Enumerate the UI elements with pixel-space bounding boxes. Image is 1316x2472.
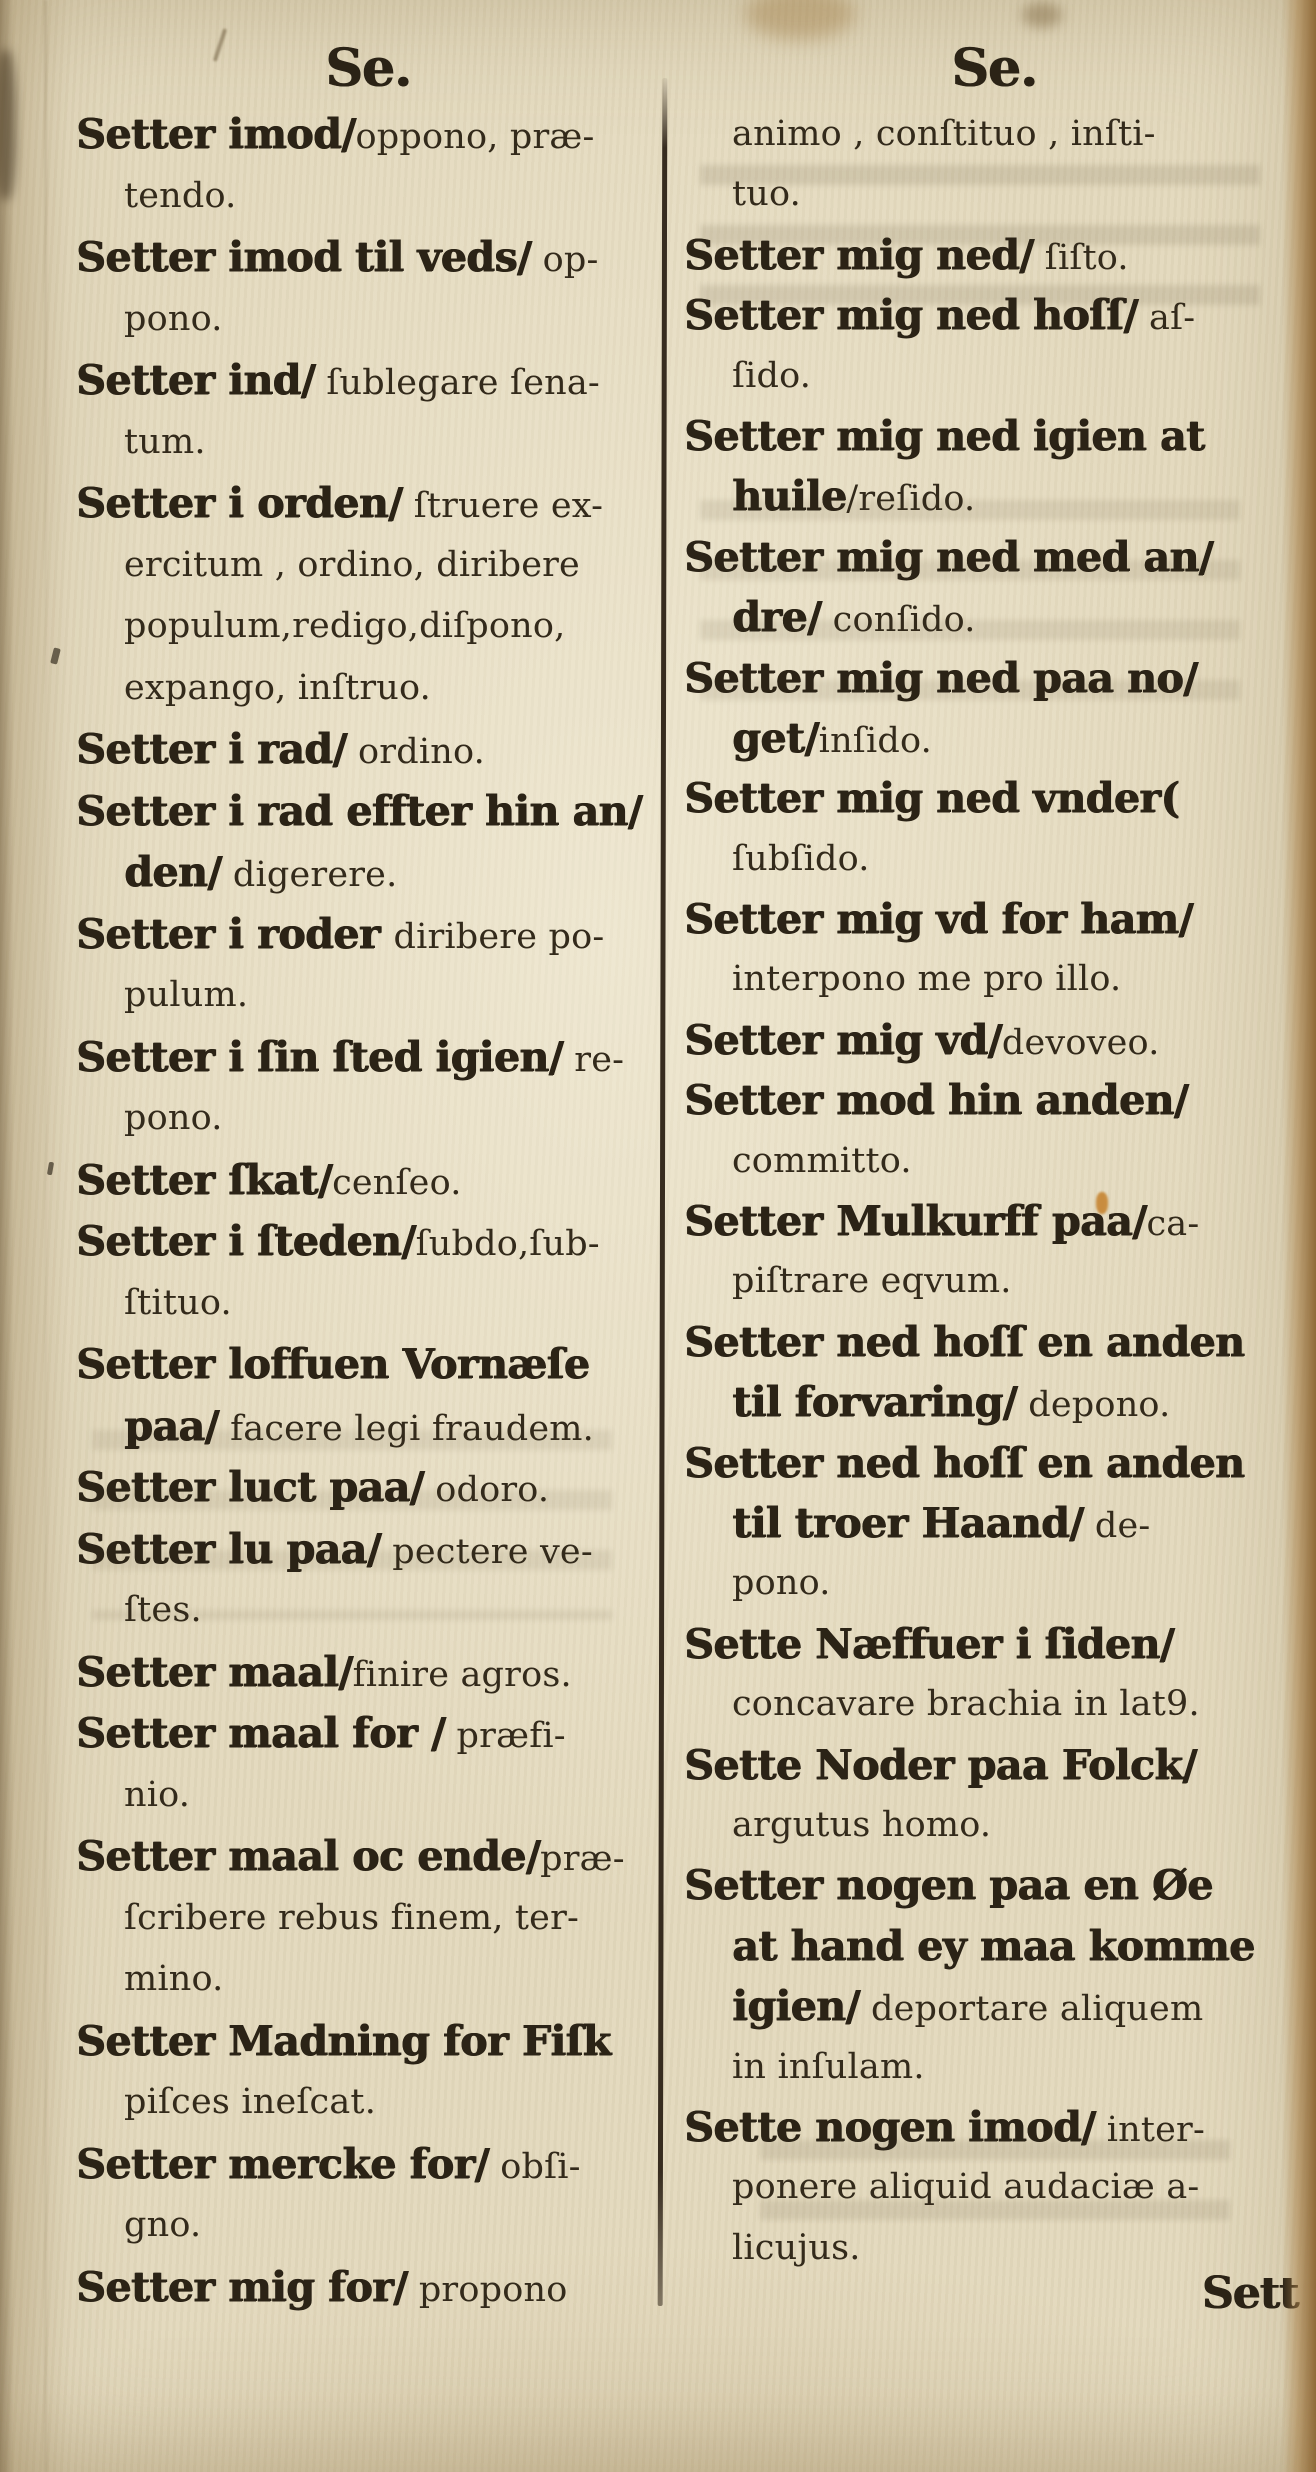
danish-headword-text: Setter ned hoſſ en anden bbox=[684, 1439, 1244, 1487]
text-line: Sette Næffuer i ſiden/ bbox=[684, 1614, 1304, 1674]
danish-headword-text: Setter i roder bbox=[76, 910, 393, 958]
text-line: Setter maal oc ende/præ- bbox=[76, 1826, 660, 1888]
running-head-left: Se. bbox=[76, 38, 660, 100]
latin-gloss-text: animo , conſtituo , inſti- bbox=[732, 114, 1156, 154]
text-line: Setter mod hin anden/ bbox=[684, 1070, 1304, 1130]
latin-gloss-text: pono. bbox=[732, 1563, 831, 1603]
danish-headword-text: Setter mercke for/ bbox=[76, 2140, 489, 2188]
latin-gloss-text: devoveo. bbox=[1002, 1023, 1160, 1063]
danish-headword-text: Setter ned hoſſ en anden bbox=[684, 1318, 1244, 1366]
latin-gloss-text: deportare aliquem bbox=[860, 1989, 1204, 2029]
latin-gloss-text: interpono me pro illo. bbox=[732, 959, 1121, 999]
latin-gloss-text: præfi- bbox=[445, 1716, 566, 1756]
danish-headword-text: paa/ bbox=[124, 1402, 219, 1450]
danish-headword-text: Setter ſkat/ bbox=[76, 1156, 332, 1204]
latin-gloss-text: odoro. bbox=[424, 1470, 549, 1510]
text-line: Setter mig ned/ ſiſto. bbox=[684, 225, 1304, 285]
latin-gloss-text: committo. bbox=[732, 1141, 912, 1181]
latin-gloss-text: concavare brachia in lat9. bbox=[732, 1684, 1200, 1724]
text-line: ſido. bbox=[684, 346, 1304, 406]
text-line: Setter Mulkurff paa/ca- bbox=[684, 1191, 1304, 1251]
text-line: huile/reſido. bbox=[684, 466, 1304, 526]
danish-headword-text: dre/ bbox=[732, 593, 821, 641]
danish-headword-text: Setter i rad/ bbox=[76, 725, 347, 773]
text-line: piſtrare eqvum. bbox=[684, 1251, 1304, 1311]
text-line: Setter imod til veds/ op- bbox=[76, 227, 660, 289]
latin-gloss-text: finire agros. bbox=[353, 1655, 572, 1695]
text-line: den/ digerere. bbox=[76, 842, 660, 904]
latin-gloss-text: ordino. bbox=[347, 732, 485, 772]
text-line: pulum. bbox=[76, 965, 660, 1027]
danish-headword-text: til troer Haand/ bbox=[732, 1499, 1084, 1547]
text-line: nio. bbox=[76, 1765, 660, 1827]
latin-gloss-text: ſubſido. bbox=[732, 839, 870, 879]
right-column-text: animo , conſtituo , inſti-tuo.Setter mig… bbox=[684, 104, 1304, 2278]
margin-ink-mark bbox=[47, 1162, 54, 1176]
text-line: at hand ey maa komme bbox=[684, 1916, 1304, 1976]
latin-gloss-text: ſublegare ſena- bbox=[315, 363, 600, 403]
text-line: Setter mig ned paa no/ bbox=[684, 648, 1304, 708]
latin-gloss-text: pectere ve- bbox=[381, 1532, 593, 1572]
text-line: til forvaring/ depono. bbox=[684, 1372, 1304, 1432]
text-line: Setter mig ned vnder( bbox=[684, 768, 1304, 828]
text-line: Setter i rad/ ordino. bbox=[76, 719, 660, 781]
text-line: ercitum , ordino, diribere bbox=[76, 535, 660, 597]
latin-gloss-text: argutus homo. bbox=[732, 1805, 991, 1845]
text-line: in inſulam. bbox=[684, 2037, 1304, 2097]
text-line: argutus homo. bbox=[684, 1795, 1304, 1855]
paper-crease bbox=[44, 0, 47, 2472]
text-line: Setter i roder diribere po- bbox=[76, 904, 660, 966]
latin-gloss-text: ponere aliquid audaciæ a- bbox=[732, 2167, 1199, 2207]
text-line: tendo. bbox=[76, 166, 660, 228]
text-line: Sette nogen imod/ inter- bbox=[684, 2097, 1304, 2157]
text-line: Setter mig ned igien at bbox=[684, 406, 1304, 466]
latin-gloss-text: digerere. bbox=[222, 855, 398, 895]
danish-headword-text: Setter i ſin ſted igien/ bbox=[76, 1033, 563, 1081]
danish-headword-text: Setter mig vd/ bbox=[684, 1016, 1002, 1064]
latin-gloss-text: tuo. bbox=[732, 174, 801, 214]
danish-headword-text: Setter lu paa/ bbox=[76, 1525, 381, 1573]
text-line: Setter imod/oppono, præ- bbox=[76, 104, 660, 166]
danish-headword-text: igien/ bbox=[732, 1982, 860, 2030]
danish-headword-text: at hand ey maa komme bbox=[732, 1922, 1254, 1970]
text-line: committo. bbox=[684, 1131, 1304, 1191]
danish-headword-text: Setter mig ned/ bbox=[684, 231, 1033, 279]
danish-headword-text: Setter Mulkurff paa/ bbox=[684, 1197, 1146, 1245]
latin-gloss-text: ſcribere rebus finem, ter- bbox=[124, 1898, 579, 1938]
latin-gloss-text: nio. bbox=[124, 1775, 190, 1815]
danish-headword-text: Setter maal for / bbox=[76, 1709, 445, 1757]
text-line: Setter mig ned med an/ bbox=[684, 527, 1304, 587]
latin-gloss-text: pono. bbox=[124, 299, 223, 339]
text-line: Setter mig vd for ham/ bbox=[684, 889, 1304, 949]
latin-gloss-text: tendo. bbox=[124, 176, 237, 216]
danish-headword-text: Setter imod/ bbox=[76, 110, 355, 158]
latin-gloss-text: diribere po- bbox=[393, 917, 604, 957]
text-line: Setter ned hoſſ en anden bbox=[684, 1433, 1304, 1493]
text-line: pono. bbox=[76, 289, 660, 351]
danish-headword-text: Setter maal/ bbox=[76, 1648, 353, 1696]
danish-headword-text: Setter mig ned hoſſ/ bbox=[684, 291, 1138, 339]
text-line: ſubſido. bbox=[684, 829, 1304, 889]
danish-headword-text: Setter mig ned med an/ bbox=[684, 533, 1213, 581]
text-line: Setter i ſin ſted igien/ re- bbox=[76, 1027, 660, 1089]
text-line: Setter i rad effter hin an/ bbox=[76, 781, 660, 843]
danish-headword-text: Setter mig vd for ham/ bbox=[684, 895, 1193, 943]
latin-gloss-text: cenſeo. bbox=[332, 1163, 462, 1203]
latin-gloss-text: propono bbox=[408, 2270, 568, 2310]
danish-headword-text: Setter imod til veds/ bbox=[76, 233, 531, 281]
latin-gloss-text: op- bbox=[531, 240, 598, 280]
danish-headword-text: Setter nogen paa en Øe bbox=[684, 1861, 1213, 1909]
latin-gloss-text: pulum. bbox=[124, 975, 248, 1015]
latin-gloss-text: piſces ineſcat. bbox=[124, 2082, 376, 2122]
text-line: ſcribere rebus finem, ter- bbox=[76, 1888, 660, 1950]
text-line: expango, inſtruo. bbox=[76, 658, 660, 720]
ink-fleck bbox=[1096, 1192, 1108, 1214]
text-line: Setter mig ned hoſſ/ aſ- bbox=[684, 285, 1304, 345]
scanned-book-page: Se. Setter imod/oppono, præ-tendo.Setter… bbox=[0, 0, 1316, 2472]
text-line: populum,redigo,diſpono, bbox=[76, 596, 660, 658]
latin-gloss-text: gno. bbox=[124, 2205, 201, 2245]
latin-gloss-text: ſtes. bbox=[124, 1590, 202, 1630]
latin-gloss-text: obſi- bbox=[489, 2147, 581, 2187]
text-line: paa/ facere legi fraudem. bbox=[76, 1396, 660, 1458]
paper-stain bbox=[745, 0, 855, 40]
danish-headword-text: Setter i orden/ bbox=[76, 479, 402, 527]
text-line: Setter mercke for/ obſi- bbox=[76, 2134, 660, 2196]
latin-gloss-text: conſido. bbox=[821, 600, 975, 640]
text-line: Setter i ſteden/ſubdo,ſub- bbox=[76, 1211, 660, 1273]
latin-gloss-text: /reſido. bbox=[846, 479, 975, 519]
text-line: interpono me pro illo. bbox=[684, 949, 1304, 1009]
latin-gloss-text: ſtruere ex- bbox=[402, 486, 603, 526]
text-line: Sette Noder paa Folck/ bbox=[684, 1735, 1304, 1795]
danish-headword-text: Setter mig ned vnder( bbox=[684, 774, 1179, 822]
latin-gloss-text: piſtrare eqvum. bbox=[732, 1261, 1012, 1301]
text-line: Setter nogen paa en Øe bbox=[684, 1855, 1304, 1915]
text-line: Setter i orden/ ſtruere ex- bbox=[76, 473, 660, 535]
latin-gloss-text: expango, inſtruo. bbox=[124, 668, 431, 708]
danish-headword-text: Setter ind/ bbox=[76, 356, 315, 404]
right-column: Se. animo , conſtituo , inſti-tuo.Setter… bbox=[684, 38, 1304, 2319]
text-line: mino. bbox=[76, 1949, 660, 2011]
text-line: gno. bbox=[76, 2195, 660, 2257]
danish-headword-text: Setter mod hin anden/ bbox=[684, 1076, 1188, 1124]
danish-headword-text: Setter mig ned igien at bbox=[684, 412, 1204, 460]
latin-gloss-text: in inſulam. bbox=[732, 2047, 925, 2087]
danish-headword-text: Setter Madning for Fiſk bbox=[76, 2017, 610, 2065]
text-line: ſtituo. bbox=[76, 1273, 660, 1335]
page-edge-right bbox=[1282, 0, 1316, 2472]
latin-gloss-text: re- bbox=[563, 1040, 624, 1080]
page-edge-left bbox=[0, 0, 14, 2472]
text-line: pono. bbox=[684, 1553, 1304, 1613]
text-line: Setter maal/finire agros. bbox=[76, 1642, 660, 1704]
latin-gloss-text: facere legi fraudem. bbox=[219, 1409, 594, 1449]
latin-gloss-text: præ- bbox=[540, 1839, 625, 1879]
text-line: tuo. bbox=[684, 164, 1304, 224]
text-line: Setter ſkat/cenſeo. bbox=[76, 1150, 660, 1212]
latin-gloss-text: oppono, præ- bbox=[355, 117, 594, 157]
latin-gloss-text: ercitum , ordino, diribere bbox=[124, 545, 580, 585]
latin-gloss-text: ſiſto. bbox=[1033, 238, 1128, 278]
latin-gloss-text: ſtituo. bbox=[124, 1283, 232, 1323]
text-line: Setter lu paa/ pectere ve- bbox=[76, 1519, 660, 1581]
latin-gloss-text: pono. bbox=[124, 1098, 223, 1138]
text-line: concavare brachia in lat9. bbox=[684, 1674, 1304, 1734]
text-line: Setter ind/ ſublegare ſena- bbox=[76, 350, 660, 412]
text-line: piſces ineſcat. bbox=[76, 2072, 660, 2134]
danish-headword-text: Sette Noder paa Folck/ bbox=[684, 1741, 1197, 1789]
danish-headword-text: huile bbox=[732, 472, 846, 520]
paper-stain bbox=[1022, 2, 1062, 28]
latin-gloss-text: aſ- bbox=[1138, 298, 1196, 338]
text-line: ponere aliquid audaciæ a- bbox=[684, 2157, 1304, 2217]
text-line: igien/ deportare aliquem bbox=[684, 1976, 1304, 2036]
latin-gloss-text: ca- bbox=[1146, 1204, 1199, 1244]
text-line: Setter mig for/ propono bbox=[76, 2257, 660, 2319]
latin-gloss-text: inſido. bbox=[819, 721, 932, 761]
text-line: pono. bbox=[76, 1088, 660, 1150]
danish-headword-text: Sette nogen imod/ bbox=[684, 2103, 1095, 2151]
text-line: Setter mig vd/devoveo. bbox=[684, 1010, 1304, 1070]
danish-headword-text: Setter i ſteden/ bbox=[76, 1217, 416, 1265]
text-line: ſtes. bbox=[76, 1580, 660, 1642]
latin-gloss-text: inter- bbox=[1095, 2110, 1205, 2150]
danish-headword-text: Setter mig for/ bbox=[76, 2263, 408, 2311]
danish-headword-text: Setter maal oc ende/ bbox=[76, 1832, 540, 1880]
latin-gloss-text: tum. bbox=[124, 422, 206, 462]
latin-gloss-text: ſido. bbox=[732, 356, 811, 396]
text-line: Setter Madning for Fiſk bbox=[76, 2011, 660, 2073]
text-line: Setter ned hoſſ en anden bbox=[684, 1312, 1304, 1372]
latin-gloss-text: populum,redigo,diſpono, bbox=[124, 606, 566, 646]
text-line: tum. bbox=[76, 412, 660, 474]
text-line: til troer Haand/ de- bbox=[684, 1493, 1304, 1553]
danish-headword-text: Sette Næffuer i ſiden/ bbox=[684, 1620, 1174, 1668]
latin-gloss-text: ſubdo,ſub- bbox=[416, 1224, 600, 1264]
text-line: Setter loffuen Vornæſe bbox=[76, 1334, 660, 1396]
text-line: animo , conſtituo , inſti- bbox=[684, 104, 1304, 164]
danish-headword-text: Setter loffuen Vornæſe bbox=[76, 1340, 589, 1388]
danish-headword-text: get/ bbox=[732, 714, 819, 762]
text-line: dre/ conſido. bbox=[684, 587, 1304, 647]
danish-headword-text: den/ bbox=[124, 848, 222, 896]
danish-headword-text: til forvaring/ bbox=[732, 1378, 1017, 1426]
danish-headword-text: Setter mig ned paa no/ bbox=[684, 654, 1197, 702]
left-column-text: Setter imod/oppono, præ-tendo.Setter imo… bbox=[76, 104, 660, 2318]
latin-gloss-text: licujus. bbox=[732, 2228, 861, 2268]
text-line: Setter luct paa/ odoro. bbox=[76, 1457, 660, 1519]
running-head-right: Se. bbox=[684, 38, 1304, 100]
latin-gloss-text: mino. bbox=[124, 1959, 224, 1999]
left-column: Se. Setter imod/oppono, præ-tendo.Setter… bbox=[76, 38, 660, 2318]
latin-gloss-text: depono. bbox=[1017, 1385, 1170, 1425]
text-line: Setter maal for / præfi- bbox=[76, 1703, 660, 1765]
latin-gloss-text: de- bbox=[1084, 1506, 1151, 1546]
danish-headword-text: Setter luct paa/ bbox=[76, 1463, 424, 1511]
margin-ink-mark bbox=[50, 647, 61, 664]
danish-headword-text: Setter i rad effter hin an/ bbox=[76, 787, 642, 835]
text-line: get/inſido. bbox=[684, 708, 1304, 768]
